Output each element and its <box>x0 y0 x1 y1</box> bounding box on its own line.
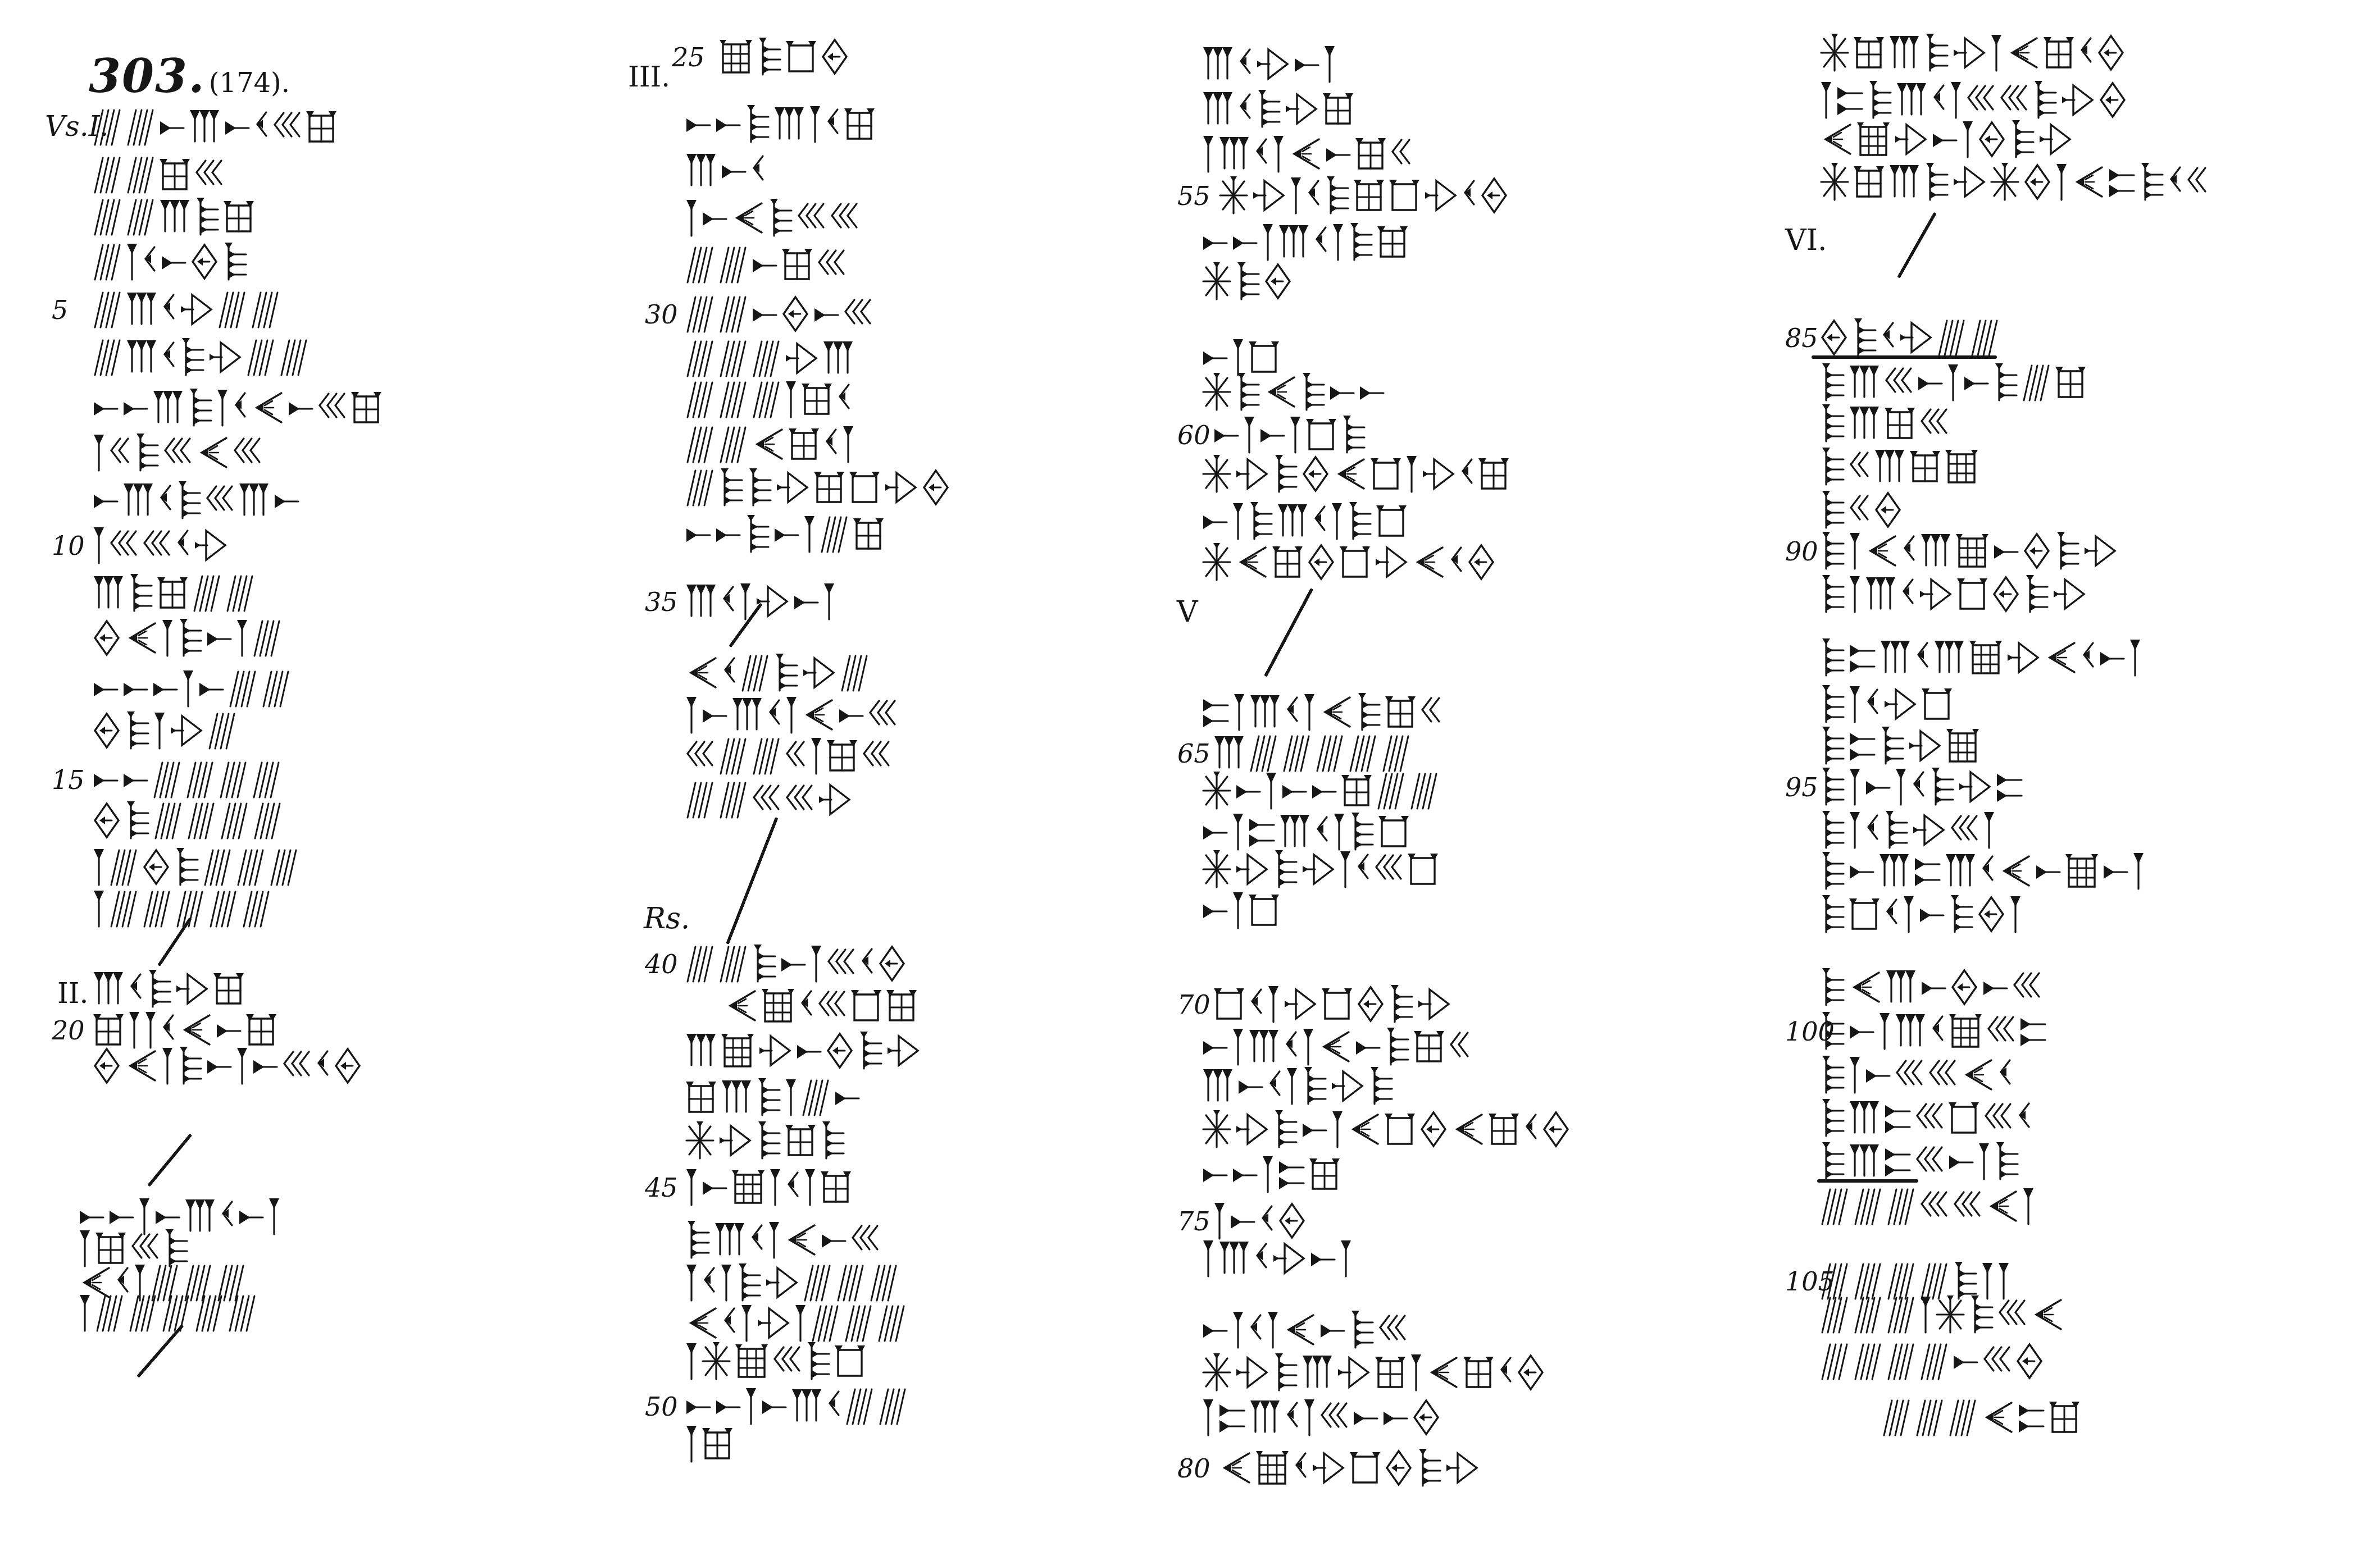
hatching-icon <box>718 338 748 378</box>
big-wedge-right-icon <box>718 1120 752 1161</box>
vertical-wedge-icon <box>1202 1238 1214 1279</box>
horizontal-wedge-icon <box>1382 1397 1408 1438</box>
hatching-icon <box>752 379 781 419</box>
vertical-wedge-icon <box>1878 1011 1891 1051</box>
horizontal-wedge-double-icon <box>1849 637 1876 678</box>
line-number: 45 <box>645 1173 678 1203</box>
vertical-wedge-icon <box>1262 1154 1274 1194</box>
winkelhaken-icon <box>767 695 781 735</box>
big-wedge-right-icon <box>1337 1352 1371 1393</box>
winkelhaken-icon <box>823 424 838 464</box>
cuneiform-line <box>1820 33 2125 73</box>
winkelhaken-icon <box>1498 1352 1513 1393</box>
winkelhaken-triple-icon <box>194 154 224 195</box>
hatching-icon <box>208 888 238 929</box>
cuneiform-line <box>1820 684 1953 724</box>
hatching-icon <box>1937 317 1966 358</box>
vertical-wedge-icon <box>804 1167 816 1207</box>
vertical-wedge-icon <box>236 618 248 658</box>
horizontal-wedge-double-icon <box>1248 811 1275 852</box>
big-wedge-left-icon <box>2006 33 2039 73</box>
star-sign-icon <box>1219 175 1248 216</box>
cuneiform-line <box>685 467 950 508</box>
cuneiform-line <box>1213 414 1366 455</box>
line-number: 55 <box>1177 181 1211 211</box>
ladder-sign-icon <box>1368 1066 1393 1106</box>
vertical-wedge-icon <box>2055 162 2068 202</box>
hatching-icon <box>2022 362 2051 403</box>
cuneiform-line <box>93 432 262 473</box>
line-number: 75 <box>1177 1206 1211 1237</box>
ladder-sign-icon <box>125 710 149 751</box>
ladder-sign-icon <box>736 1262 761 1303</box>
ladder-sign-icon <box>178 1046 202 1086</box>
big-wedge-right-icon <box>802 653 836 693</box>
box-sign-icon <box>1321 984 1353 1024</box>
horizontal-wedge-icon <box>1213 414 1239 455</box>
line-number: 50 <box>645 1392 678 1422</box>
vertical-wedge-triple-icon <box>126 337 157 377</box>
hatching-icon <box>93 289 122 330</box>
dense-grid-sign-icon <box>731 1167 765 1207</box>
hatching-icon <box>878 1386 907 1426</box>
vertical-wedge-icon <box>810 736 822 776</box>
horizontal-wedge-icon <box>1993 531 2019 571</box>
big-wedge-right-icon <box>1272 1238 1306 1279</box>
ladder-sign-icon <box>1820 810 1845 850</box>
diamond-sign-icon <box>1978 119 2006 159</box>
grid-sign-icon <box>1377 222 1408 262</box>
winkelhaken-icon <box>722 1303 736 1343</box>
vertical-wedge-icon <box>1202 1397 1214 1438</box>
line-number: 40 <box>645 949 678 979</box>
vertical-wedge-icon <box>1405 454 1418 494</box>
star-sign-icon <box>1936 1294 1965 1335</box>
vertical-wedge-icon <box>768 1220 780 1260</box>
cuneiform-line <box>93 573 254 613</box>
cuneiform-line <box>685 150 765 191</box>
vertical-wedge-triple-icon <box>1278 222 1309 262</box>
cuneiform-line <box>1202 890 1280 930</box>
vertical-wedge-icon <box>2009 894 2022 934</box>
grid-sign-icon <box>1322 89 1354 129</box>
ladder-sign-icon <box>1349 811 1374 852</box>
horizontal-wedge-icon <box>685 514 711 554</box>
ladder-sign-icon <box>858 1030 882 1071</box>
vertical-wedge-triple-icon <box>731 695 763 735</box>
tablet-break-line <box>726 817 779 945</box>
winkelhaken-triple-icon <box>843 294 872 334</box>
cuneiform-line <box>685 1341 866 1381</box>
big-wedge-left-icon <box>1426 1352 1459 1393</box>
box-sign-icon <box>1948 1098 1979 1138</box>
winkelhaken-icon <box>1865 684 1880 724</box>
line-number: 35 <box>645 587 678 617</box>
dense-grid-sign-icon <box>1856 119 1890 159</box>
vertical-wedge-triple-icon <box>1279 811 1310 852</box>
diamond-sign-icon <box>1385 1448 1413 1488</box>
star-sign-icon <box>1202 1352 1231 1393</box>
star-sign-icon <box>1820 162 1849 202</box>
diamond-sign-icon <box>1950 967 1978 1007</box>
big-wedge-right-icon <box>1285 89 1318 129</box>
cuneiform-line <box>685 1030 920 1071</box>
cuneiform-line <box>1820 574 2086 614</box>
horizontal-wedge-icon <box>93 387 119 428</box>
big-wedge-left-icon <box>179 1010 212 1050</box>
cuneiform-line <box>1202 849 1439 889</box>
vertical-wedge-icon <box>268 1196 280 1237</box>
horizontal-wedge-icon <box>1202 1027 1228 1067</box>
vertical-wedge-icon <box>1947 362 1959 403</box>
winkelhaken-icon <box>128 969 143 1009</box>
publication-number: 303. <box>89 49 206 103</box>
ladder-sign-icon <box>1924 33 1949 73</box>
winkelhaken-icon <box>1449 542 1463 582</box>
big-wedge-right-icon <box>1424 175 1458 216</box>
grid-sign-icon <box>1488 1109 1519 1149</box>
vertical-wedge-triple-icon <box>685 581 717 622</box>
horizontal-wedge-icon <box>821 1220 847 1260</box>
big-wedge-left-icon <box>685 1303 718 1343</box>
diamond-sign-icon <box>1264 261 1292 302</box>
big-wedge-left-icon <box>2031 1294 2063 1335</box>
winkelhaken-icon <box>1931 80 1946 120</box>
vertical-wedge-icon <box>1289 414 1302 455</box>
vertical-wedge-triple-icon <box>1895 1011 1926 1051</box>
big-wedge-left-icon <box>1986 1186 2018 1226</box>
horizontal-wedge-icon <box>161 241 186 282</box>
big-wedge-right-icon <box>758 1030 792 1071</box>
horizontal-wedge-icon <box>1325 134 1351 174</box>
horizontal-wedge-double-icon <box>1884 1098 1911 1138</box>
grid-sign-icon <box>1853 162 1885 202</box>
horizontal-wedge-icon <box>685 1386 711 1426</box>
ruling-line <box>1812 355 1997 359</box>
big-wedge-left-icon <box>1820 119 1853 159</box>
diamond-sign-icon <box>2015 1341 2044 1381</box>
ruling-line <box>1817 1179 1918 1183</box>
big-wedge-right-icon <box>818 779 852 820</box>
ladder-sign-icon <box>1273 454 1298 494</box>
big-wedge-left-icon <box>125 1046 157 1086</box>
hatching-icon <box>126 197 155 237</box>
big-wedge-right-icon <box>1235 1109 1269 1149</box>
hatching-icon <box>1886 1341 1915 1381</box>
ladder-sign-icon <box>128 573 153 613</box>
vertical-wedge-triple-icon <box>122 480 154 521</box>
vertical-wedge-icon <box>794 1303 807 1343</box>
cuneiform-line <box>685 1424 733 1464</box>
ladder-sign-icon <box>757 37 781 77</box>
horizontal-wedge-icon <box>685 104 711 144</box>
big-wedge-right-icon <box>2083 531 2117 571</box>
ladder-sign-icon <box>756 1120 781 1161</box>
horizontal-wedge-double-icon <box>1884 1141 1911 1181</box>
hatching-icon <box>685 779 715 820</box>
cuneiform-line <box>685 1220 880 1260</box>
diamond-sign-icon <box>93 800 121 841</box>
cuneiform-line <box>1820 490 1902 530</box>
big-wedge-right-icon <box>1894 119 1928 159</box>
winkelhaken-icon <box>1997 1055 2012 1095</box>
cuneiform-line <box>1202 44 1336 84</box>
column-label: II. <box>57 977 88 1010</box>
cuneiform-line <box>93 759 281 800</box>
big-wedge-right-icon <box>1445 1448 1479 1488</box>
horizontal-wedge-double-icon <box>1914 851 1941 891</box>
cuneiform-line <box>1820 1141 2019 1181</box>
winkelhaken-double-icon <box>1420 692 1441 732</box>
vertical-wedge-icon <box>2129 637 2141 678</box>
cuneiform-line <box>1202 501 1407 541</box>
vertical-wedge-icon <box>1962 119 1974 159</box>
winkelhaken-icon <box>1881 317 1895 358</box>
vertical-wedge-icon <box>1331 501 1343 541</box>
diamond-sign-icon <box>826 1030 854 1071</box>
vertical-wedge-icon <box>769 1167 781 1207</box>
hatching-icon <box>175 888 204 929</box>
winkelhaken-icon <box>1900 574 1915 614</box>
column-label: Rs. <box>644 902 690 936</box>
vertical-wedge-triple-icon <box>1849 403 1880 444</box>
winkelhaken-triple-icon <box>850 1220 880 1260</box>
grid-sign-icon <box>844 104 875 144</box>
winkelhaken-triple-icon <box>1986 1011 2015 1051</box>
vertical-wedge-icon <box>785 1077 797 1117</box>
big-wedge-right-icon <box>170 710 203 751</box>
ladder-sign-icon <box>1820 851 1845 891</box>
horizontal-wedge-icon <box>1202 811 1228 852</box>
winkelhaken-triple-icon <box>109 525 138 565</box>
winkelhaken-icon <box>1865 810 1880 850</box>
vertical-wedge-triple-icon <box>126 289 157 330</box>
ladder-sign-icon <box>1969 1294 1994 1335</box>
line-number: 60 <box>1177 420 1211 450</box>
winkelhaken-triple-icon <box>817 986 847 1026</box>
cuneiform-line <box>93 710 236 751</box>
cuneiform-line <box>1820 1055 2012 1095</box>
dense-grid-sign-icon <box>1969 637 2003 678</box>
ladder-sign-icon <box>2055 531 2079 571</box>
star-sign-icon <box>1202 454 1231 494</box>
winkelhaken-triple-icon <box>1999 80 2028 120</box>
hatching-icon <box>1348 733 1377 773</box>
ladder-sign-icon <box>147 969 171 1009</box>
winkelhaken-icon <box>1901 531 1916 571</box>
vertical-wedge-icon <box>785 695 798 735</box>
cuneiform-line <box>685 244 846 285</box>
vertical-wedge-triple-icon <box>1885 967 1917 1007</box>
cuneiform-line <box>1820 362 2086 403</box>
horizontal-wedge-icon <box>1355 1027 1381 1067</box>
winkelhaken-icon <box>1930 1011 1945 1051</box>
ladder-sign-icon <box>1235 372 1260 412</box>
big-wedge-right-icon <box>776 467 809 508</box>
vertical-wedge-icon <box>1202 134 1214 174</box>
horizontal-wedge-icon <box>206 618 232 658</box>
ladder-sign-icon <box>1389 984 1413 1024</box>
vertical-wedge-icon <box>93 888 105 929</box>
vertical-wedge-icon <box>685 1424 698 1464</box>
diamond-sign-icon <box>1302 454 1330 494</box>
horizontal-wedge-icon <box>796 1030 822 1071</box>
grid-sign-icon <box>1341 770 1372 811</box>
diamond-sign-icon <box>1307 542 1335 582</box>
ladder-sign-icon <box>1852 317 1877 358</box>
winkelhaken-icon <box>1293 1448 1308 1488</box>
vertical-wedge-triple-icon <box>773 104 805 144</box>
horizontal-wedge-icon <box>238 1196 264 1237</box>
hatching-icon <box>1376 770 1405 811</box>
ladder-sign-icon <box>1341 414 1366 455</box>
winkelhaken-icon <box>1313 222 1328 262</box>
vertical-wedge-icon <box>1232 501 1244 541</box>
vertical-wedge-triple-icon <box>685 150 717 191</box>
ladder-sign-icon <box>1820 1141 1845 1181</box>
vertical-wedge-triple-icon <box>184 1196 216 1237</box>
grid-sign-icon <box>159 154 190 195</box>
winkelhaken-triple-icon <box>233 432 262 473</box>
vertical-wedge-icon <box>1243 414 1255 455</box>
star-sign-icon <box>1202 542 1231 582</box>
horizontal-wedge-icon <box>122 668 148 709</box>
ladder-sign-icon <box>1820 1055 1845 1095</box>
winkelhaken-icon <box>220 1196 234 1237</box>
ladder-sign-icon <box>1300 372 1325 412</box>
hatching-icon <box>836 1262 865 1303</box>
winkelhaken-icon <box>1267 1066 1282 1106</box>
diamond-sign-icon <box>93 710 121 751</box>
ladder-sign-icon <box>806 1341 830 1381</box>
vertical-wedge-triple-icon <box>1277 501 1308 541</box>
box-sign-icon <box>785 37 817 77</box>
cuneiform-line <box>1202 1027 1470 1067</box>
hatching-icon <box>228 668 257 709</box>
vertical-wedge-triple-icon <box>1920 531 1951 571</box>
ladder-sign-icon <box>1347 501 1372 541</box>
vertical-wedge-triple-icon <box>1249 1397 1281 1438</box>
winkelhaken-icon <box>721 581 735 622</box>
hatching-icon <box>253 800 282 841</box>
horizontal-wedge-icon <box>702 1167 727 1207</box>
hatching-icon <box>801 1077 830 1117</box>
ladder-sign-icon <box>1820 726 1845 766</box>
diamond-sign-icon <box>878 943 906 984</box>
vertical-wedge-icon <box>1290 175 1302 216</box>
cuneiform-line <box>685 1120 845 1161</box>
grid-sign-icon <box>826 736 858 776</box>
horizontal-wedge-icon <box>93 759 119 800</box>
ladder-sign-icon <box>1994 1141 2019 1181</box>
cuneiform-line <box>1820 162 2208 202</box>
cuneiform-line <box>685 695 897 735</box>
diamond-sign-icon <box>1357 984 1385 1024</box>
vertical-wedge-icon <box>685 1262 698 1303</box>
page-title: 303.(174). <box>89 49 290 103</box>
winkelhaken-double-icon <box>109 432 130 473</box>
vertical-wedge-icon <box>685 198 698 238</box>
grid-sign-icon <box>93 1010 124 1050</box>
vertical-wedge-icon <box>1849 574 1861 614</box>
horizontal-wedge-icon <box>752 244 777 285</box>
cuneiform-line <box>725 986 917 1026</box>
horizontal-wedge-double-icon <box>2018 1397 2045 1438</box>
big-wedge-right-icon <box>1312 1448 1345 1488</box>
big-wedge-right-icon <box>1235 849 1269 889</box>
horizontal-wedge-icon <box>198 668 224 709</box>
big-wedge-left-icon <box>1451 1109 1484 1149</box>
cuneiform-line <box>93 387 382 428</box>
ladder-sign-icon <box>178 618 202 658</box>
horizontal-wedge-icon <box>1259 414 1285 455</box>
winkelhaken-triple-icon <box>2012 967 2041 1007</box>
horizontal-wedge-icon <box>1202 222 1228 262</box>
vertical-wedge-triple-icon <box>1218 1238 1250 1279</box>
vertical-wedge-icon <box>128 1010 140 1050</box>
ladder-sign-icon <box>1325 175 1349 216</box>
cuneiform-line <box>1820 1186 2035 1226</box>
dense-grid-sign-icon <box>1945 446 1978 487</box>
winkelhaken-triple-icon <box>830 198 859 238</box>
dense-grid-sign-icon <box>721 1030 754 1071</box>
diamond-sign-icon <box>93 1046 121 1086</box>
hatching-icon <box>251 289 280 330</box>
ladder-sign-icon <box>820 1120 845 1161</box>
hatching-icon <box>1853 1186 1882 1226</box>
hatching-icon <box>192 573 221 613</box>
ladder-sign-icon <box>1820 894 1845 934</box>
ladder-sign-icon <box>2024 574 2049 614</box>
vertical-wedge-icon <box>842 424 854 464</box>
line-number: 20 <box>52 1015 85 1046</box>
cuneiform-line <box>1219 175 1508 216</box>
diamond-sign-icon <box>334 1046 362 1086</box>
horizontal-wedge-icon <box>1353 1397 1378 1438</box>
cuneiform-line <box>93 847 298 887</box>
winkelhaken-icon <box>161 1010 175 1050</box>
cuneiform-line <box>93 800 282 841</box>
cuneiform-line <box>1213 984 1451 1024</box>
horizontal-wedge-icon <box>1919 894 1945 934</box>
ladder-sign-icon <box>768 198 793 238</box>
ladder-sign-icon <box>1273 849 1298 889</box>
winkelhaken-double-icon <box>1449 1027 1470 1067</box>
winkelhaken-triple-icon <box>1982 1341 2012 1381</box>
ladder-sign-icon <box>134 432 159 473</box>
horizontal-wedge-icon <box>2035 851 2061 891</box>
vertical-wedge-icon <box>1849 810 1861 850</box>
winkelhaken-icon <box>1259 1201 1274 1241</box>
horizontal-wedge-icon <box>715 514 741 554</box>
big-wedge-left-icon <box>251 387 284 428</box>
hatching-icon <box>220 800 249 841</box>
cuneiform-line <box>685 1386 907 1426</box>
cuneiform-line <box>1820 810 1995 850</box>
column-label: V <box>1177 595 1198 629</box>
diamond-sign-icon <box>1542 1109 1570 1149</box>
cuneiform-line <box>1820 531 2117 571</box>
ladder-sign-icon <box>1820 531 1845 571</box>
cuneiform-line <box>93 197 254 237</box>
big-wedge-right-icon <box>757 1303 790 1343</box>
grid-sign-icon <box>245 1010 277 1050</box>
vertical-wedge-icon <box>1232 1027 1244 1067</box>
horizontal-wedge-icon <box>1310 1238 1336 1279</box>
vertical-wedge-triple-icon <box>685 1030 717 1071</box>
big-wedge-right-icon <box>756 581 789 622</box>
horizontal-wedge-icon <box>1953 1341 1978 1381</box>
